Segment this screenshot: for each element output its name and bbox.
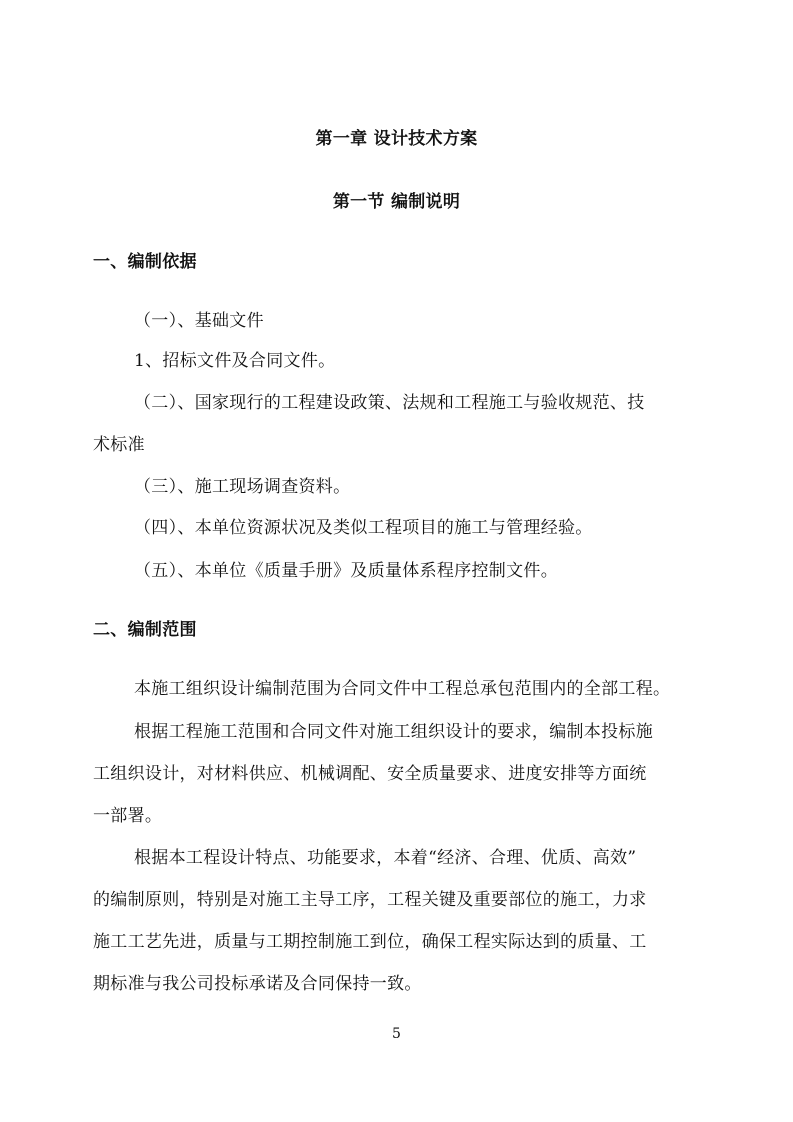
scope-line: 施工工艺先进，质量与工期控制施工到位，确保工程实际达到的质量、工 [93,932,647,952]
chapter-title: 第一章 设计技术方案 [0,129,793,149]
heading-basis: 一、编制依据 [93,252,197,272]
document-page: 第一章 设计技术方案 第一节 编制说明 一、编制依据 （一）、基础文件 1、招标… [0,0,793,1122]
basis-line: （四）、本单位资源状况及类似工程项目的施工与管理经验。 [134,518,593,538]
scope-line: 根据本工程设计特点、功能要求，本着“经济、合理、优质、高效” [134,848,636,868]
page-number: 5 [0,1026,793,1042]
scope-line: 本施工组织设计编制范围为合同文件中工程总承包范围内的全部工程。 [134,679,670,699]
basis-line: （三）、施工现场调查资料。 [134,477,350,497]
scope-line: 工组织设计，对材料供应、机械调配、安全质量要求、进度安排等方面统 [93,764,647,784]
basis-line: 术标准 [93,435,145,455]
scope-line: 根据工程施工范围和合同文件对施工组织设计的要求，编制本投标施 [134,722,653,742]
heading-scope: 二、编制范围 [93,620,197,640]
basis-line: （一）、基础文件 [134,311,264,331]
scope-line: 期标准与我公司投标承诺及合同保持一致。 [93,974,422,994]
basis-line: （二）、国家现行的工程建设政策、法规和工程施工与验收规范、技 [134,393,645,413]
scope-line: 的编制原则，特别是对施工主导工序，工程关键及重要部位的施工，力求 [93,890,647,910]
basis-line: 1、招标文件及合同文件。 [134,351,335,371]
scope-line: 一部署。 [93,806,162,826]
section-title: 第一节 编制说明 [0,192,793,212]
basis-line: （五）、本单位《质量手册》及质量体系程序控制文件。 [134,561,558,581]
